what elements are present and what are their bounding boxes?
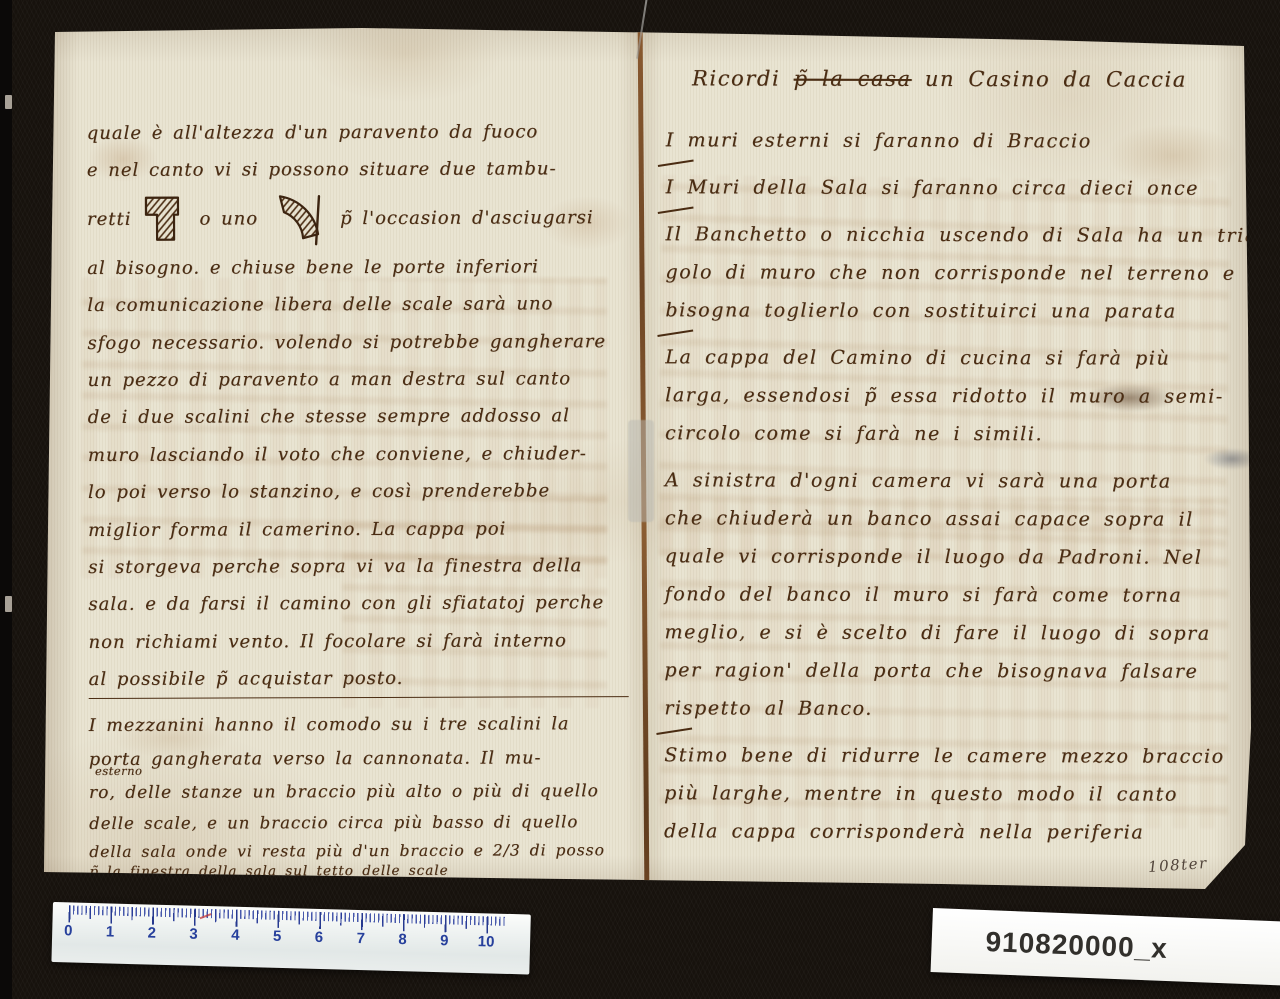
manuscript-line: circolo come si farà ne i simili.: [665, 414, 1237, 453]
manuscript-line: più larghe, mentre in questo modo il can…: [664, 774, 1236, 813]
manuscript-line: per ragion' della porta che bisognava fa…: [664, 651, 1236, 690]
manuscript-line: esternoro, delle stanze un braccio più a…: [89, 775, 644, 809]
manuscript-line: porta gangherata verso la cannonata. Il …: [89, 741, 644, 777]
ruler-number: 8: [381, 931, 423, 949]
scan-left-edge: [0, 0, 12, 999]
manuscript-text: retti: [87, 190, 132, 250]
left-page: quale è all'altezza d'un paravento da fu…: [87, 113, 645, 882]
manuscript-line: lo poi verso lo stanzino, e così prender…: [88, 472, 643, 511]
ruler-number: 5: [256, 927, 298, 945]
manuscript-line: Il Banchetto o nicchia uscendo di Sala h…: [666, 215, 1238, 254]
edge-speck: [5, 596, 12, 612]
manuscript-line: miglior forma il camerino. La cappa poi: [88, 510, 643, 549]
measuring-ruler: 0 1 2 3 4 5 6 7 8 9 10: [51, 902, 530, 974]
folio-number: 108ter: [1147, 854, 1208, 876]
manuscript-line: fondo del banco il muro si farà come tor…: [665, 575, 1237, 614]
manuscript-line: A sinistra d'ogni camera vi sarà una por…: [665, 461, 1237, 500]
manuscript-line: larga, essendosi p̃ essa ridotto il muro…: [665, 376, 1237, 415]
accession-label: 910820000_x: [931, 908, 1280, 986]
manuscript-line: muro lasciando il voto che conviene, e c…: [88, 435, 643, 474]
manuscript-line: la comunicazione libera delle scale sarà…: [87, 285, 642, 324]
scanner-background: quale è all'altezza d'un paravento da fu…: [0, 0, 1280, 999]
manuscript-line: de i due scalini che stesse sempre addos…: [88, 397, 643, 436]
manuscript-line: non richiami vento. Il focolare si farà …: [88, 622, 643, 661]
manuscript-line: quale vi corrisponde il luogo da Padroni…: [665, 537, 1237, 576]
right-page: Ricordi p̃ la casa un Casino da Caccia I…: [664, 57, 1238, 851]
manuscript-sheet: quale è all'altezza d'un paravento da fu…: [42, 28, 1252, 890]
manuscript-line: che chiuderà un banco assai capace sopra…: [665, 499, 1237, 538]
manuscript-line: Stimo bene di ridurre le camere mezzo br…: [664, 736, 1236, 775]
manuscript-line: bisogna toglierlo con sostituirci una pa…: [665, 291, 1237, 330]
tamburetto-sketch-icon-2: [270, 190, 328, 248]
ruler-number: 0: [47, 922, 89, 940]
manuscript-line: sfogo necessario. volendo si potrebbe ga…: [87, 323, 642, 362]
heading-struck-text: p̃ la casa: [794, 67, 912, 91]
ruler-number: 4: [214, 926, 256, 944]
ruler-number: 7: [340, 930, 382, 948]
manuscript-line: al bisogno. e chiuse bene le porte infer…: [87, 248, 642, 287]
ruler-number: 6: [298, 928, 340, 946]
manuscript-line-with-sketches: retti o uno: [87, 188, 642, 250]
edge-speck: [5, 95, 12, 109]
manuscript-line: rispetto al Banco.: [664, 689, 1236, 728]
tamburetto-sketch-icon-1: [143, 193, 187, 245]
manuscript-text: ro, delle stanze un braccio più alto o p…: [89, 782, 599, 804]
heading-text: un Casino da Caccia: [925, 67, 1187, 92]
accession-number: 910820000_x: [985, 926, 1168, 965]
ruler-number: 1: [89, 923, 131, 941]
heading-text: Ricordi: [692, 66, 780, 90]
manuscript-line: p̃ la finestra della sala sul tetto dell…: [89, 861, 644, 882]
manuscript-line: I Muri della Sala si faranno circa dieci…: [666, 168, 1238, 207]
manuscript-line: della cappa corrisponderà nella periferi…: [664, 812, 1236, 851]
manuscript-line: sala. e da farsi il camino con gli sfiat…: [88, 584, 643, 623]
manuscript-line: meglio, e si è scelto di fare il luogo d…: [664, 613, 1236, 652]
ruler-number: 2: [131, 924, 173, 942]
manuscript-line-underlined: al possibile p̃ acquistar posto.: [89, 659, 629, 699]
manuscript-line: I mezzanini hanno il comodo su i tre sca…: [89, 707, 644, 743]
manuscript-line: e nel canto vi si possono situare due ta…: [87, 150, 642, 189]
manuscript-line: si storgeva perche sopra vi va la finest…: [88, 547, 643, 586]
ruler-number: 3: [172, 925, 214, 943]
manuscript-line: golo di muro che non corrisponde nel ter…: [665, 253, 1237, 292]
manuscript-line: un pezzo di paravento a man destra sul c…: [88, 360, 643, 399]
ruler-number: 9: [423, 932, 465, 950]
ruler-number: 10: [465, 933, 507, 951]
manuscript-text: p̃ l'occasion d'asciugarsi: [340, 188, 594, 249]
manuscript-line: I muri esterni si faranno di Braccio: [666, 121, 1238, 160]
interlinear-insertion: esterno: [95, 765, 143, 777]
page-heading: Ricordi p̃ la casa un Casino da Caccia: [666, 57, 1238, 100]
manuscript-line: quale è all'altezza d'un paravento da fu…: [87, 113, 642, 152]
manuscript-text: o uno: [199, 189, 258, 249]
manuscript-line: La cappa del Camino di cucina si farà pi…: [665, 338, 1237, 377]
manuscript-line: delle scale, e un braccio circa più bass…: [89, 807, 644, 839]
